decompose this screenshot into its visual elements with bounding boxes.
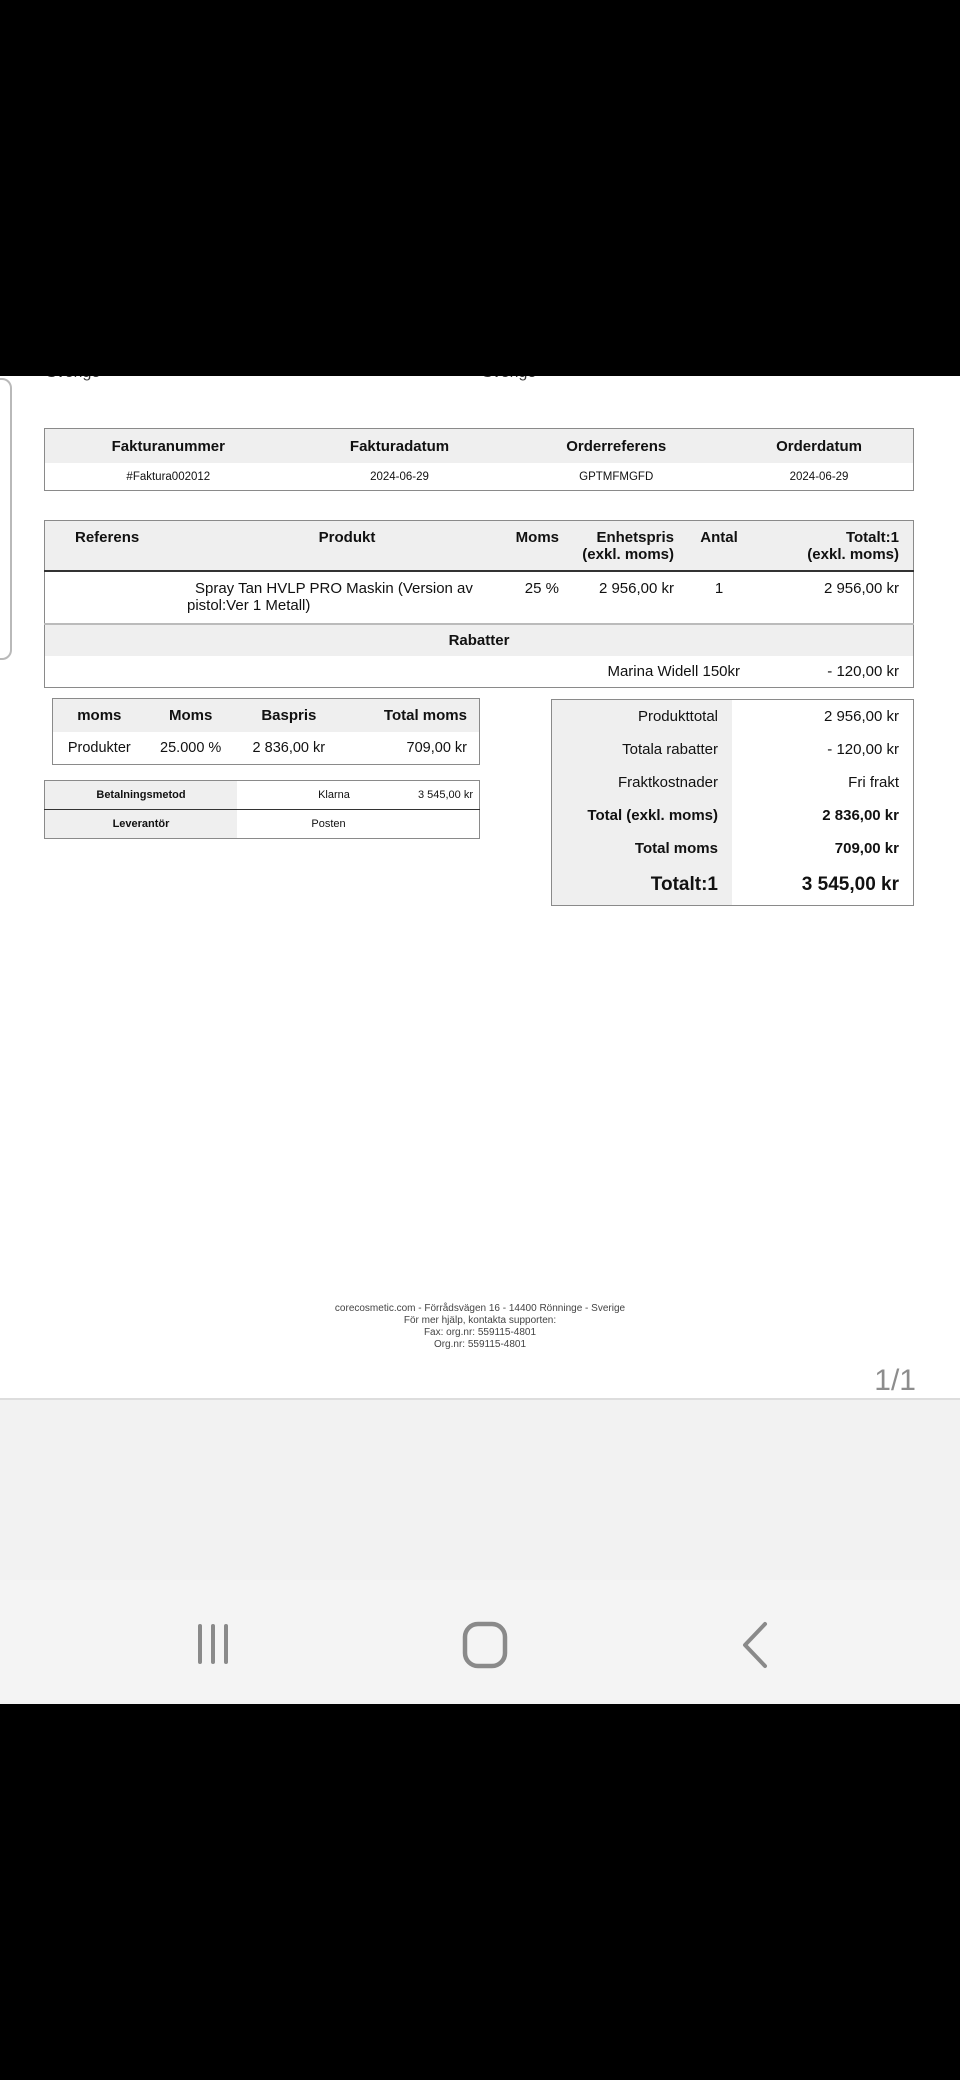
item-reference bbox=[45, 571, 187, 624]
home-button[interactable] bbox=[455, 1614, 515, 1674]
home-icon bbox=[455, 1614, 515, 1674]
item-vat: 25 % bbox=[508, 571, 573, 624]
header-total-line2: (exkl. moms) bbox=[807, 546, 899, 563]
total-excl-vat-label: Total (exkl. moms) bbox=[552, 799, 733, 832]
header-order-date: Orderdatum bbox=[725, 429, 913, 464]
product-total-label: Produkttotal bbox=[552, 700, 733, 734]
back-icon bbox=[725, 1614, 785, 1674]
item-unit-price: 2 956,00 kr bbox=[573, 571, 688, 624]
vat-total: 709,00 kr bbox=[342, 732, 480, 765]
products-table: Referens Produkt Moms Enhetspris (exkl. … bbox=[44, 520, 914, 688]
payment-table: Betalningsmetod Klarna 3 545,00 kr Lever… bbox=[44, 780, 480, 839]
vat-header-rate: Moms bbox=[146, 699, 236, 733]
payment-method-label: Betalningsmetod bbox=[45, 781, 238, 810]
vat-header-type: moms bbox=[53, 699, 146, 733]
vat-header-base: Baspris bbox=[236, 699, 342, 733]
recent-apps-button[interactable] bbox=[186, 1614, 246, 1674]
footer-org-nr: Org.nr: 559115-4801 bbox=[0, 1339, 960, 1351]
discounts-title: Rabatter bbox=[45, 624, 914, 656]
header-product: Produkt bbox=[186, 521, 508, 572]
cut-off-text-left: Sverige bbox=[46, 376, 100, 382]
total-excl-vat-value: 2 836,00 kr bbox=[732, 799, 914, 832]
side-panel-edge[interactable] bbox=[0, 378, 12, 660]
header-total: Totalt:1 (exkl. moms) bbox=[750, 521, 914, 572]
item-quantity: 1 bbox=[688, 571, 750, 624]
page-indicator: 1/1 bbox=[874, 1364, 916, 1398]
carrier-value: Posten bbox=[237, 810, 480, 839]
header-quantity: Antal bbox=[688, 521, 750, 572]
header-unit-price-line1: Enhetspris bbox=[596, 529, 674, 546]
total-vat-label: Total moms bbox=[552, 832, 733, 865]
vat-type: Produkter bbox=[53, 732, 146, 765]
payment-method-value: Klarna bbox=[237, 781, 392, 810]
table-row: Produkter 25.000 % 2 836,00 kr 709,00 kr bbox=[53, 732, 480, 765]
header-order-reference: Orderreferens bbox=[507, 429, 725, 464]
cut-off-text-right: Sverige bbox=[482, 376, 536, 382]
invoice-info-table: Fakturanummer Fakturadatum Orderreferens… bbox=[44, 428, 914, 491]
vat-summary-table: moms Moms Baspris Total moms Produkter 2… bbox=[52, 698, 480, 765]
discount-amount: - 120,00 kr bbox=[750, 656, 914, 688]
grand-total-value: 3 545,00 kr bbox=[732, 865, 914, 906]
header-vat: Moms bbox=[508, 521, 573, 572]
header-invoice-number: Fakturanummer bbox=[45, 429, 292, 464]
item-product-line2: pistol:Ver 1 Metall) bbox=[187, 597, 310, 614]
item-product: Spray Tan HVLP PRO Maskin (Version av pi… bbox=[186, 571, 508, 624]
grand-total-label: Totalt:1 bbox=[552, 865, 733, 906]
footer-fax: Fax: org.nr: 559115-4801 bbox=[0, 1327, 960, 1339]
totals-table: Produkttotal 2 956,00 kr Totala rabatter… bbox=[551, 699, 914, 906]
discount-row: Marina Widell 150kr - 120,00 kr bbox=[45, 656, 914, 688]
invoice-date: 2024-06-29 bbox=[292, 463, 508, 491]
discount-name: Marina Widell 150kr bbox=[45, 656, 751, 688]
table-row: Spray Tan HVLP PRO Maskin (Version av pi… bbox=[45, 571, 914, 624]
discounts-total-value: - 120,00 kr bbox=[732, 733, 914, 766]
vat-rate: 25.000 % bbox=[146, 732, 236, 765]
item-product-line1: Spray Tan HVLP PRO Maskin (Version av bbox=[187, 580, 473, 597]
invoice-footer: corecosmetic.com - Förrådsvägen 16 - 144… bbox=[0, 1303, 960, 1351]
recent-apps-icon bbox=[186, 1614, 246, 1674]
header-unit-price-line2: (exkl. moms) bbox=[582, 546, 674, 563]
product-total-value: 2 956,00 kr bbox=[732, 700, 914, 734]
order-reference: GPTMFMGFD bbox=[507, 463, 725, 491]
carrier-label: Leverantör bbox=[45, 810, 238, 839]
discounts-total-label: Totala rabatter bbox=[552, 733, 733, 766]
vat-base: 2 836,00 kr bbox=[236, 732, 342, 765]
system-navigation-bar bbox=[0, 1580, 960, 1702]
invoice-page: Sverige Sverige Fakturanummer Fakturadat… bbox=[0, 376, 960, 1398]
header-unit-price: Enhetspris (exkl. moms) bbox=[573, 521, 688, 572]
total-vat-value: 709,00 kr bbox=[732, 832, 914, 865]
footer-help: För mer hjälp, kontakta supporten: bbox=[0, 1315, 960, 1327]
order-date: 2024-06-29 bbox=[725, 463, 913, 491]
shipping-value: Fri frakt bbox=[732, 766, 914, 799]
invoice-number: #Faktura002012 bbox=[45, 463, 292, 491]
footer-address: corecosmetic.com - Förrådsvägen 16 - 144… bbox=[0, 1303, 960, 1315]
back-button[interactable] bbox=[725, 1614, 785, 1674]
header-reference: Referens bbox=[45, 521, 187, 572]
header-invoice-date: Fakturadatum bbox=[292, 429, 508, 464]
vat-header-total: Total moms bbox=[342, 699, 480, 733]
header-total-line1: Totalt:1 bbox=[846, 529, 899, 546]
item-total: 2 956,00 kr bbox=[750, 571, 914, 624]
payment-method-amount: 3 545,00 kr bbox=[392, 781, 480, 810]
shipping-label: Fraktkostnader bbox=[552, 766, 733, 799]
